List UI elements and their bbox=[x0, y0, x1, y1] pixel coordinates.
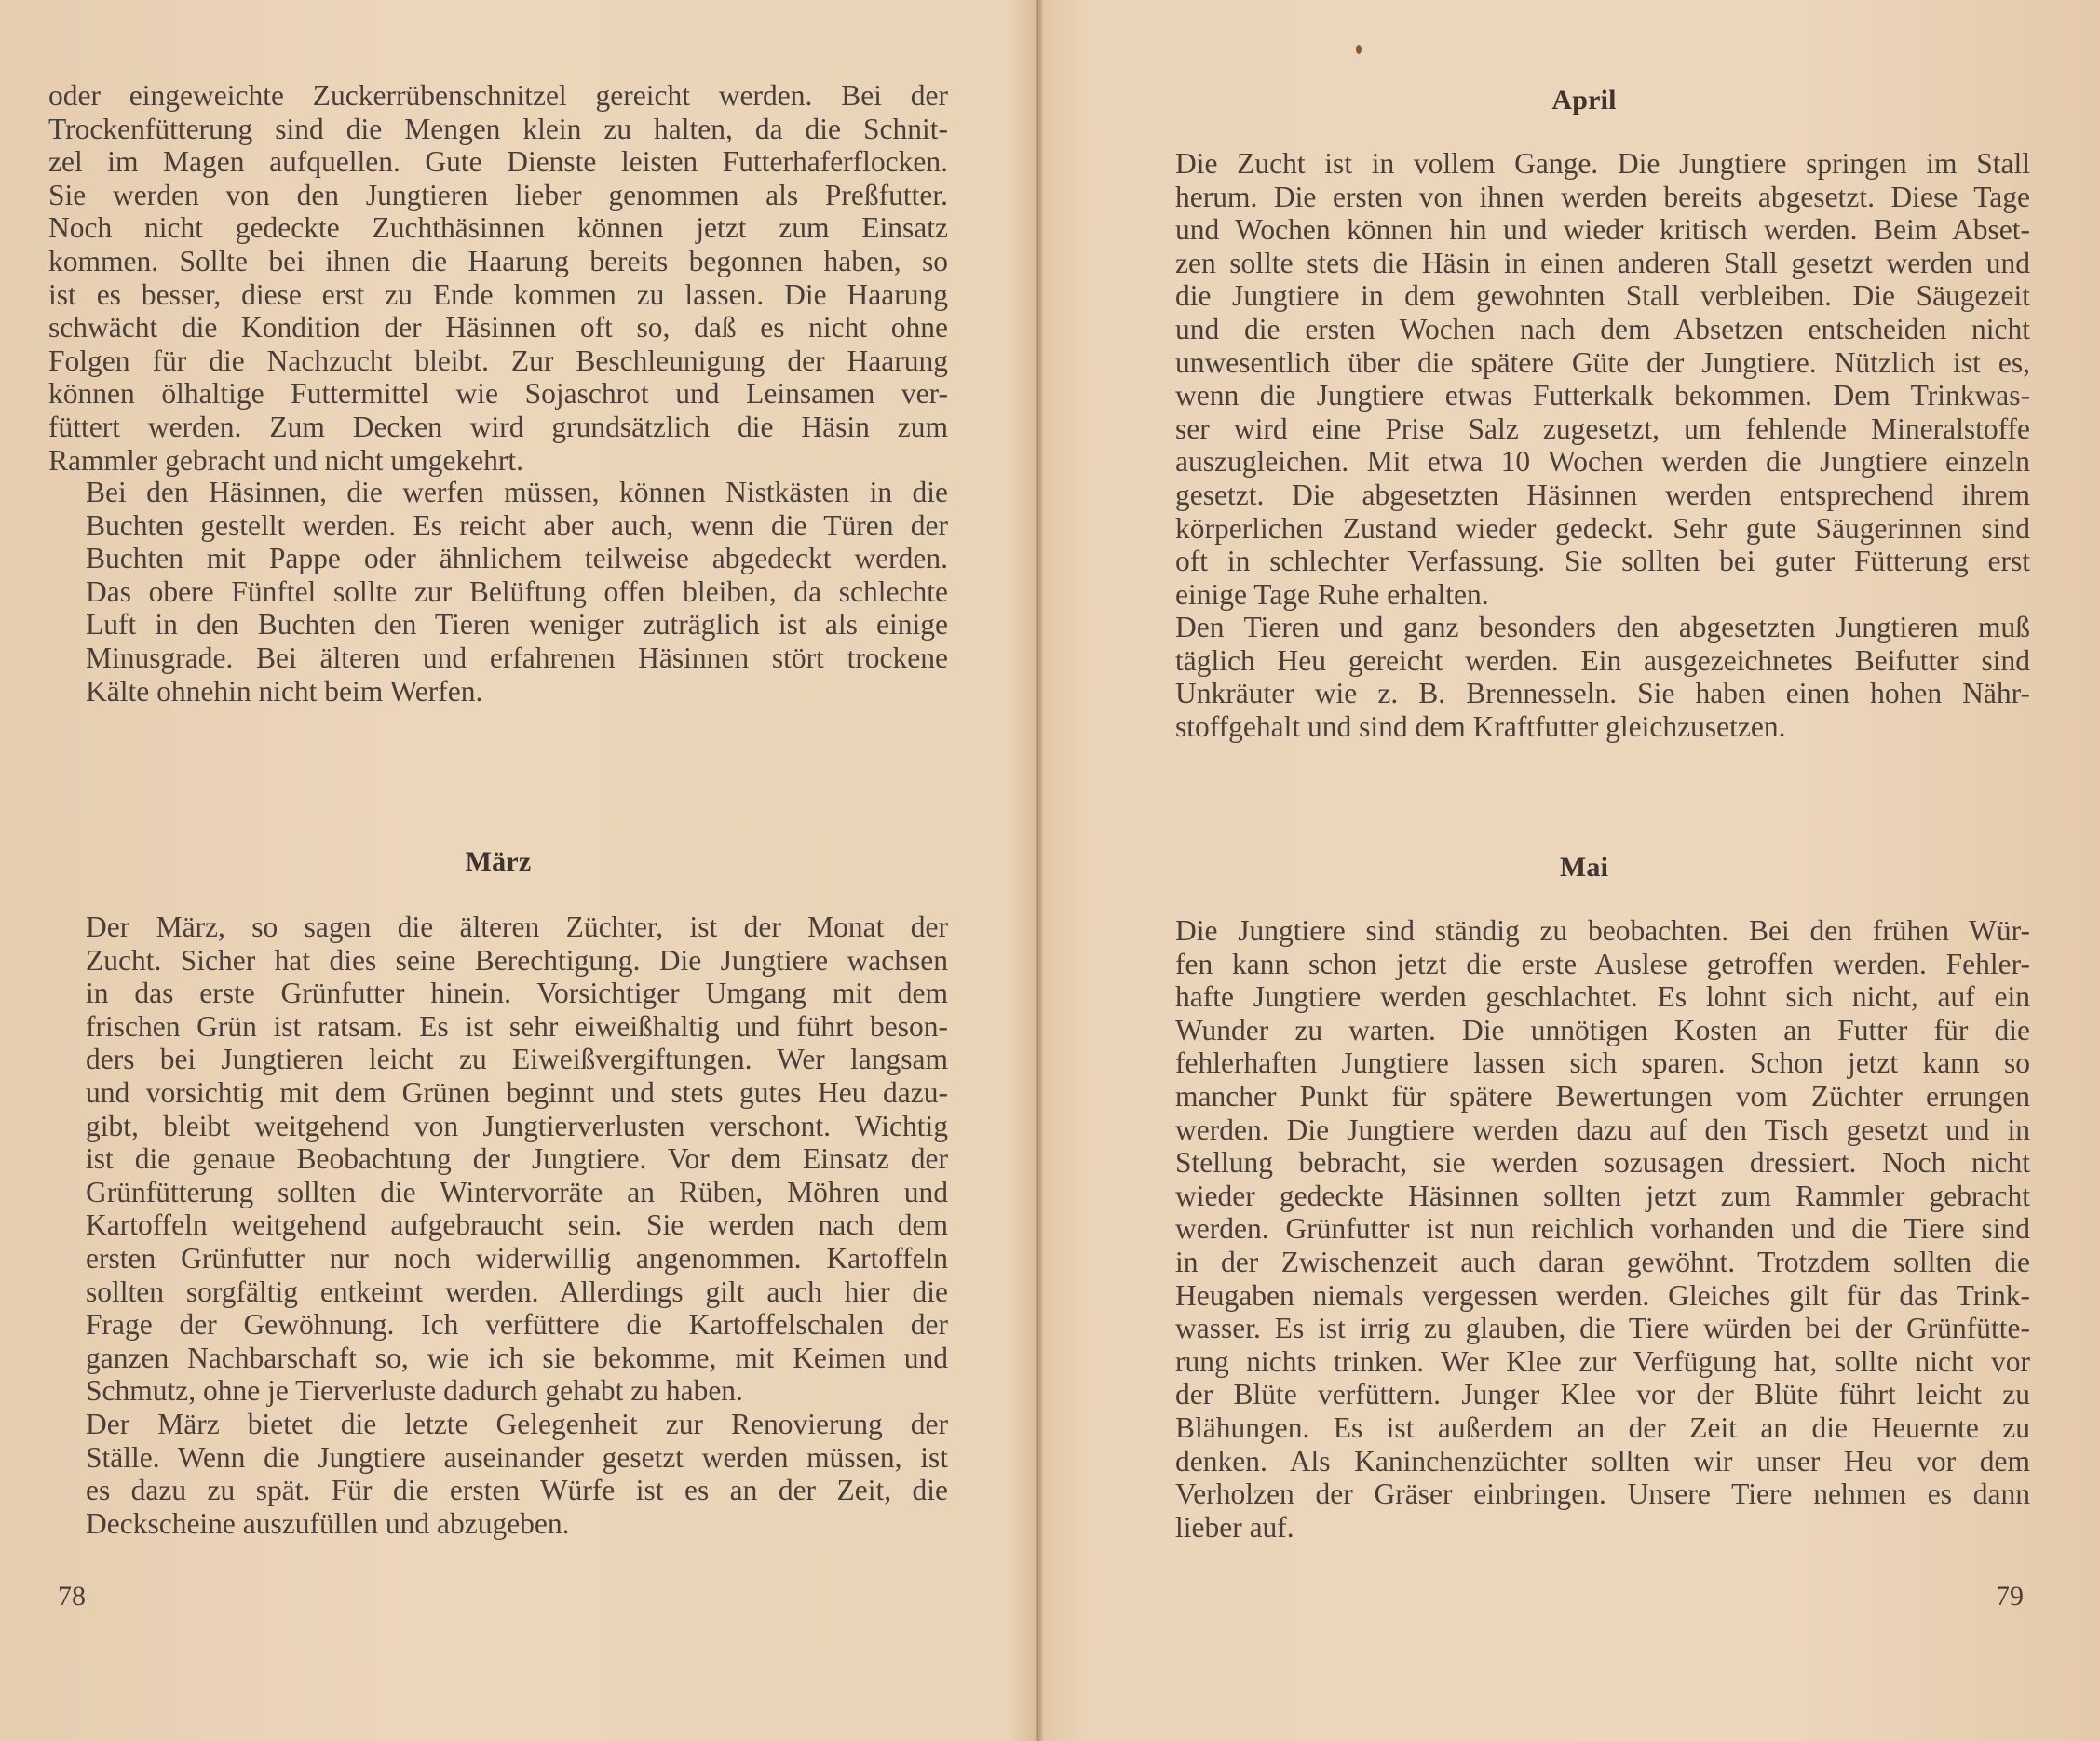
text-line: Der März bietet die letzte Gelegenheit z… bbox=[48, 1408, 948, 1441]
text-line: ist es besser, diese erst zu Ende kommen… bbox=[48, 278, 948, 312]
text-line: Wunder zu warten. Die unnötigen Kosten a… bbox=[1138, 1014, 2030, 1047]
text-line: Stellung bebracht, sie werden sozusagen … bbox=[1138, 1146, 2030, 1180]
text-line: fen kann schon jetzt die erste Auslese g… bbox=[1138, 948, 2030, 981]
text-line: rung nichts trinken. Wer Klee zur Verfüg… bbox=[1138, 1345, 2030, 1379]
text-line: in der Zwischenzeit auch daran gewöhnt. … bbox=[1138, 1246, 2030, 1279]
paragraph: Den Tieren und ganz besonders den abgese… bbox=[1138, 611, 2030, 743]
text-line: Zucht. Sicher hat dies seine Berechtigun… bbox=[48, 944, 948, 978]
paragraph-maerz-1: Der März, so sagen die älteren Züchter, … bbox=[48, 911, 948, 1408]
text-line: der Blüte verfüttern. Junger Klee vor de… bbox=[1138, 1378, 2030, 1411]
text-line: in das erste Grünfutter hinein. Vorsicht… bbox=[48, 977, 948, 1010]
text-line: die Jungtiere in dem gewohnten Stall ver… bbox=[1138, 279, 2030, 313]
section-heading-maerz: März bbox=[48, 845, 948, 879]
text-line: Buchten mit Pappe oder ähnlichem teilwei… bbox=[48, 542, 948, 575]
text-line: Unkräuter wie z. B. Brennesseln. Sie hab… bbox=[1138, 677, 2030, 710]
text-line: zel im Magen aufquellen. Gute Dienste le… bbox=[48, 145, 948, 179]
text-line: zen sollte stets die Häsin in einen ande… bbox=[1138, 247, 2030, 280]
text-line: gibt, bleibt weitgehend von Jungtierverl… bbox=[48, 1110, 948, 1143]
text-line: Folgen für die Nachzucht bleibt. Zur Bes… bbox=[48, 344, 948, 378]
text-line: Minusgrade. Bei älteren und erfahrenen H… bbox=[48, 641, 948, 675]
text-line: fehlerhaften Jungtiere lassen sich spare… bbox=[1138, 1046, 2030, 1080]
text-line: Bei den Häsinnen, die werfen müssen, kön… bbox=[48, 476, 948, 509]
text-line: mancher Punkt für spätere Bewertungen vo… bbox=[1138, 1080, 2030, 1113]
paragraph-nistkaesten: Bei den Häsinnen, die werfen müssen, kön… bbox=[48, 476, 948, 708]
text-line: und vorsichtig mit dem Grünen beginnt un… bbox=[48, 1076, 948, 1110]
text-line: ist die genaue Beobachtung der Jungtiere… bbox=[48, 1142, 948, 1176]
text-line: Frage der Gewöhnung. Ich verfüttere die … bbox=[48, 1308, 948, 1342]
text-line: wieder gedeckte Häsinnen sollten jetzt z… bbox=[1138, 1180, 2030, 1213]
text-line: ersten Grünfutter nur noch widerwillig a… bbox=[48, 1242, 948, 1275]
text-line: auszugleichen. Mit etwa 10 Wochen werden… bbox=[1138, 445, 2030, 479]
continued-paragraph: oder eingeweichte Zuckerrübenschnitzel g… bbox=[48, 79, 948, 477]
text-line: hafte Jungtiere werden geschlachtet. Es … bbox=[1138, 980, 2030, 1014]
text-line: Der März, so sagen die älteren Züchter, … bbox=[48, 911, 948, 944]
text-line: füttert werden. Zum Decken wird grundsät… bbox=[48, 411, 948, 444]
text-line: Kälte ohnehin nicht beim Werfen. bbox=[48, 675, 948, 709]
text-line: oder eingeweichte Zuckerrübenschnitzel g… bbox=[48, 79, 948, 113]
text-line: Das obere Fünftel sollte zur Belüftung o… bbox=[48, 575, 948, 609]
text-line: wenn die Jungtiere etwas Futterkalk beko… bbox=[1138, 379, 2030, 412]
text-line: und Wochen können hin und wieder kritisc… bbox=[1138, 213, 2030, 247]
page-number-right: 79 bbox=[1996, 1581, 2024, 1613]
text-line: einige Tage Ruhe erhalten. bbox=[1138, 578, 2030, 612]
text-line: ganzen Nachbarschaft so, wie ich sie bek… bbox=[48, 1342, 948, 1375]
text-line: sollten sorgfältig entkeimt werden. Alle… bbox=[48, 1275, 948, 1309]
paragraph: Der März bietet die letzte Gelegenheit z… bbox=[48, 1408, 948, 1540]
paragraph: oder eingeweichte Zuckerrübenschnitzel g… bbox=[48, 79, 948, 477]
text-line: kommen. Sollte bei ihnen die Haarung ber… bbox=[48, 245, 948, 278]
text-line: Den Tieren und ganz besonders den abgese… bbox=[1138, 611, 2030, 644]
text-line: Noch nicht gedeckte Zuchthäsinnen können… bbox=[48, 211, 948, 245]
text-line: herum. Die ersten von ihnen werden berei… bbox=[1138, 181, 2030, 214]
section-heading-april: April bbox=[1138, 84, 2030, 117]
text-line: Deckscheine auszufüllen und abzugeben. bbox=[48, 1507, 948, 1541]
paragraph: Bei den Häsinnen, die werfen müssen, kön… bbox=[48, 476, 948, 708]
text-line: Grünfütterung sollten die Wintervorräte … bbox=[48, 1176, 948, 1209]
text-line: Trockenfütterung sind die Mengen klein z… bbox=[48, 113, 948, 146]
text-line: gesetzt. Die abgesetzten Häsinnen werden… bbox=[1138, 479, 2030, 512]
paragraph: Der März, so sagen die älteren Züchter, … bbox=[48, 911, 948, 1408]
text-line: Rammler gebracht und nicht umgekehrt. bbox=[48, 444, 948, 478]
left-page: oder eingeweichte Zuckerrübenschnitzel g… bbox=[0, 0, 1038, 1741]
paragraph-maerz-2: Der März bietet die letzte Gelegenheit z… bbox=[48, 1408, 948, 1540]
text-line: Ställe. Wenn die Jungtiere auseinander g… bbox=[48, 1441, 948, 1475]
text-line: ser wird eine Prise Salz zugesetzt, um f… bbox=[1138, 412, 2030, 446]
right-page: April Die Zucht ist in vollem Gange. Die… bbox=[1041, 0, 2100, 1741]
text-line: und die ersten Wochen nach dem Absetzen … bbox=[1138, 313, 2030, 346]
text-line: Die Zucht ist in vollem Gange. Die Jungt… bbox=[1138, 147, 2030, 181]
text-line: oft in schlechter Verfassung. Sie sollte… bbox=[1138, 545, 2030, 578]
paragraph: Die Zucht ist in vollem Gange. Die Jungt… bbox=[1138, 147, 2030, 611]
text-line: denken. Als Kaninchenzüchter sollten wir… bbox=[1138, 1445, 2030, 1478]
text-line: lieber auf. bbox=[1138, 1511, 2030, 1545]
text-line: Kartoffeln weitgehend aufgebraucht sein.… bbox=[48, 1208, 948, 1242]
text-line: schwächt die Kondition der Häsinnen oft … bbox=[48, 311, 948, 344]
text-line: Sie werden von den Jungtieren lieber gen… bbox=[48, 179, 948, 212]
paragraph-mai-1: Die Jungtiere sind ständig zu beobachten… bbox=[1138, 914, 2030, 1544]
text-line: Verholzen der Gräser einbringen. Unsere … bbox=[1138, 1478, 2030, 1511]
text-line: ders bei Jungtieren leicht zu Eiweißverg… bbox=[48, 1043, 948, 1076]
text-line: stoffgehalt und sind dem Kraftfutter gle… bbox=[1138, 710, 2030, 744]
text-line: körperlichen Zustand wieder gedeckt. Seh… bbox=[1138, 512, 2030, 546]
text-line: unwesentlich über die spätere Güte der J… bbox=[1138, 346, 2030, 380]
text-line: es dazu zu spät. Für die ersten Würfe is… bbox=[48, 1474, 948, 1507]
page-number-left: 78 bbox=[58, 1581, 86, 1613]
text-line: Schmutz, ohne je Tierverluste dadurch ge… bbox=[48, 1374, 948, 1408]
text-line: Blähungen. Es ist außerdem an der Zeit a… bbox=[1138, 1411, 2030, 1445]
text-line: täglich Heu gereicht werden. Ein ausgeze… bbox=[1138, 644, 2030, 678]
text-line: werden. Die Jungtiere werden dazu auf de… bbox=[1138, 1113, 2030, 1147]
text-line: Heugaben niemals vergessen werden. Gleic… bbox=[1138, 1279, 2030, 1313]
text-line: Die Jungtiere sind ständig zu beobachten… bbox=[1138, 914, 2030, 948]
text-line: Buchten gestellt werden. Es reicht aber … bbox=[48, 509, 948, 543]
text-line: werden. Grünfutter ist nun reichlich vor… bbox=[1138, 1212, 2030, 1246]
text-line: wasser. Es ist irrig zu glauben, die Tie… bbox=[1138, 1312, 2030, 1345]
section-heading-mai: Mai bbox=[1138, 851, 2030, 884]
paragraph-april-1: Die Zucht ist in vollem Gange. Die Jungt… bbox=[1138, 147, 2030, 611]
text-line: können ölhaltige Futtermittel wie Sojasc… bbox=[48, 377, 948, 411]
text-line: frischen Grün ist ratsam. Es ist sehr ei… bbox=[48, 1010, 948, 1044]
text-line: Luft in den Buchten den Tieren weniger z… bbox=[48, 608, 948, 641]
paragraph: Die Jungtiere sind ständig zu beobachten… bbox=[1138, 914, 2030, 1544]
paragraph-april-2: Den Tieren und ganz besonders den abgese… bbox=[1138, 611, 2030, 743]
